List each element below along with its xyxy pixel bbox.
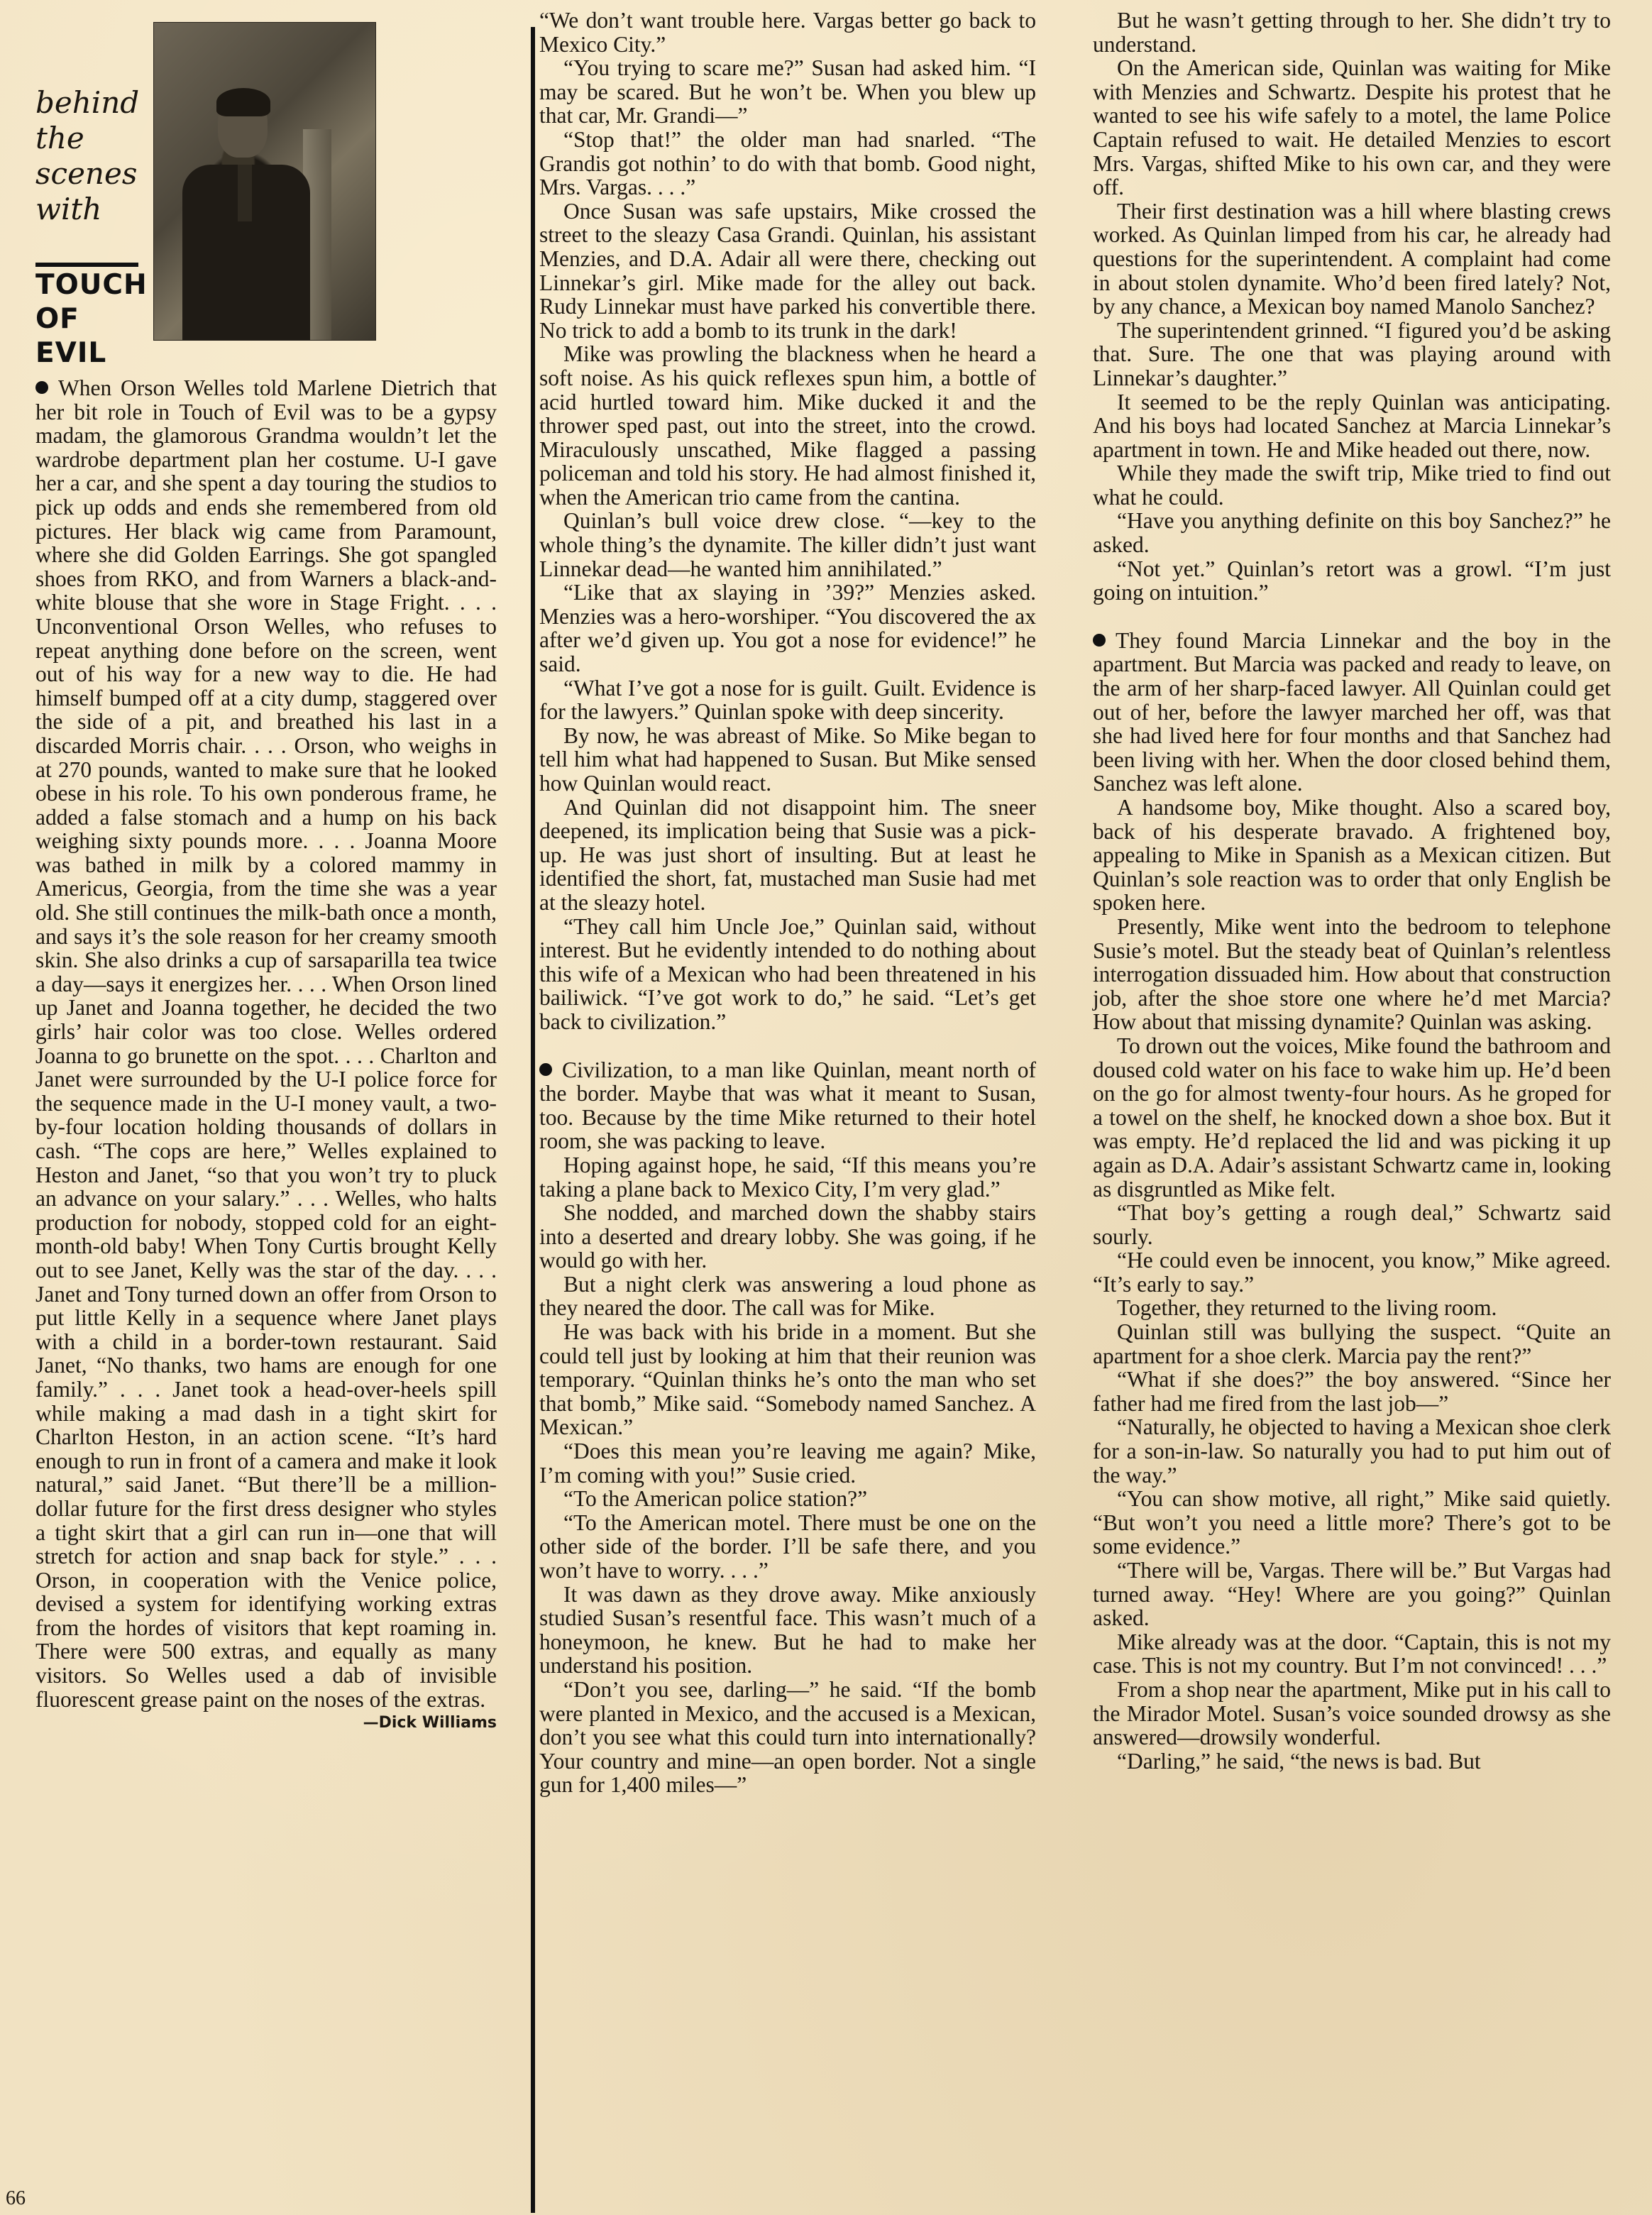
paragraph: While they made the swift trip, Mike tri… bbox=[1093, 461, 1611, 509]
paragraph: Mike was prowling the blackness when he … bbox=[539, 342, 1036, 509]
paragraph: “You can show motive, all right,” Mike s… bbox=[1093, 1487, 1611, 1559]
paragraph: But he wasn’t getting through to her. Sh… bbox=[1093, 9, 1611, 56]
paragraph: “Does this mean you’re leaving me again?… bbox=[539, 1439, 1036, 1487]
bullet-icon bbox=[539, 1063, 552, 1076]
paragraph: “There will be, Vargas. There will be.” … bbox=[1093, 1559, 1611, 1630]
kicker-line: with bbox=[35, 192, 156, 227]
paragraph: From a shop near the apartment, Mike put… bbox=[1093, 1678, 1611, 1749]
paragraph: Once Susan was safe upstairs, Mike cross… bbox=[539, 199, 1036, 343]
paragraph: Presently, Mike went into the bedroom to… bbox=[1093, 915, 1611, 1034]
paragraph: “Naturally, he objected to having a Mexi… bbox=[1093, 1415, 1611, 1487]
paragraph: “What if she does?” the boy answered. “S… bbox=[1093, 1368, 1611, 1415]
paragraph: “Darling,” he said, “the news is bad. Bu… bbox=[1093, 1749, 1611, 1774]
kicker-line: the bbox=[35, 121, 156, 156]
paragraph: It was dawn as they drove away. Mike anx… bbox=[539, 1583, 1036, 1678]
paragraph: “Like that ax slaying in ’39?” Menzies a… bbox=[539, 581, 1036, 676]
paragraph: Quinlan’s bull voice drew close. “—key t… bbox=[539, 509, 1036, 581]
title-line: OF bbox=[35, 302, 163, 336]
kicker-line: behind bbox=[35, 85, 156, 121]
section-paragraph: They found Marcia Linnekar and the boy i… bbox=[1093, 629, 1611, 796]
paragraph-text: When Orson Welles told Marlene Dietrich … bbox=[35, 375, 497, 1712]
column-3: But he wasn’t getting through to her. Sh… bbox=[1093, 0, 1611, 1773]
paragraph: “To the American police station?” bbox=[539, 1487, 1036, 1511]
paragraph: Quinlan still was bullying the suspect. … bbox=[1093, 1320, 1611, 1368]
paragraph: “He could even be innocent, you know,” M… bbox=[1093, 1248, 1611, 1296]
paragraph: “What I’ve got a nose for is guilt. Guil… bbox=[539, 676, 1036, 724]
paragraph: “To the American motel. There must be on… bbox=[539, 1511, 1036, 1583]
bullet-icon bbox=[1093, 634, 1106, 647]
section-paragraph: Civilization, to a man like Quinlan, mea… bbox=[539, 1058, 1036, 1153]
paragraph: “Not yet.” Quinlan’s retort was a growl.… bbox=[1093, 557, 1611, 605]
kicker-line: scenes bbox=[35, 156, 156, 192]
bullet-icon bbox=[35, 381, 48, 394]
paragraph: A handsome boy, Mike thought. Also a sca… bbox=[1093, 796, 1611, 915]
paragraph: “They call him Uncle Joe,” Quinlan said,… bbox=[539, 915, 1036, 1034]
photo-figure-tie bbox=[238, 165, 252, 221]
article-title: TOUCH OF EVIL bbox=[35, 268, 163, 370]
paragraph: It seemed to be the reply Quinlan was an… bbox=[1093, 390, 1611, 462]
column-2: “We don’t want trouble here. Vargas bett… bbox=[539, 0, 1036, 1797]
paragraph: “Don’t you see, darling—” he said. “If t… bbox=[539, 1678, 1036, 1797]
paragraph: “That boy’s getting a rough deal,” Schwa… bbox=[1093, 1201, 1611, 1248]
column-rule bbox=[531, 27, 535, 2213]
article-header: behind the scenes with TOUCH OF EVIL bbox=[35, 0, 497, 376]
paragraph: Mike already was at the door. “Captain, … bbox=[1093, 1630, 1611, 1678]
paragraph-text: Civilization, to a man like Quinlan, mea… bbox=[539, 1057, 1036, 1154]
paragraph: Together, they returned to the living ro… bbox=[1093, 1296, 1611, 1320]
paragraph: When Orson Welles told Marlene Dietrich … bbox=[35, 376, 497, 1711]
paragraph: She nodded, and marched down the shabby … bbox=[539, 1201, 1036, 1273]
paragraph: “Stop that!” the older man had snarled. … bbox=[539, 128, 1036, 199]
article-photo bbox=[153, 22, 376, 341]
paragraph: “You trying to scare me?” Susan had aske… bbox=[539, 56, 1036, 128]
paragraph: “We don’t want trouble here. Vargas bett… bbox=[539, 9, 1036, 56]
paragraph: By now, he was abreast of Mike. So Mike … bbox=[539, 724, 1036, 796]
paragraph: On the American side, Quinlan was waitin… bbox=[1093, 56, 1611, 199]
paragraph: To drown out the voices, Mike found the … bbox=[1093, 1034, 1611, 1201]
title-line: TOUCH bbox=[35, 268, 163, 302]
column-1: behind the scenes with TOUCH OF EVIL Whe… bbox=[35, 0, 497, 1732]
paragraph: But a night clerk was answering a loud p… bbox=[539, 1273, 1036, 1320]
photo-figure-hair bbox=[216, 88, 270, 116]
paragraph: And Quinlan did not disappoint him. The … bbox=[539, 796, 1036, 915]
paragraph: Hoping against hope, he said, “If this m… bbox=[539, 1153, 1036, 1201]
paragraph: Their first destination was a hill where… bbox=[1093, 199, 1611, 319]
page-number: 66 bbox=[6, 2187, 26, 2210]
paragraph: He was back with his bride in a moment. … bbox=[539, 1320, 1036, 1439]
kicker: behind the scenes with bbox=[35, 85, 156, 227]
byline: —Dick Williams bbox=[35, 1714, 497, 1732]
paragraph: The superintendent grinned. “I figured y… bbox=[1093, 319, 1611, 390]
paragraph-text: They found Marcia Linnekar and the boy i… bbox=[1093, 628, 1611, 796]
title-line: EVIL bbox=[35, 336, 163, 370]
kicker-divider bbox=[35, 263, 138, 267]
paragraph: “Have you anything definite on this boy … bbox=[1093, 509, 1611, 556]
